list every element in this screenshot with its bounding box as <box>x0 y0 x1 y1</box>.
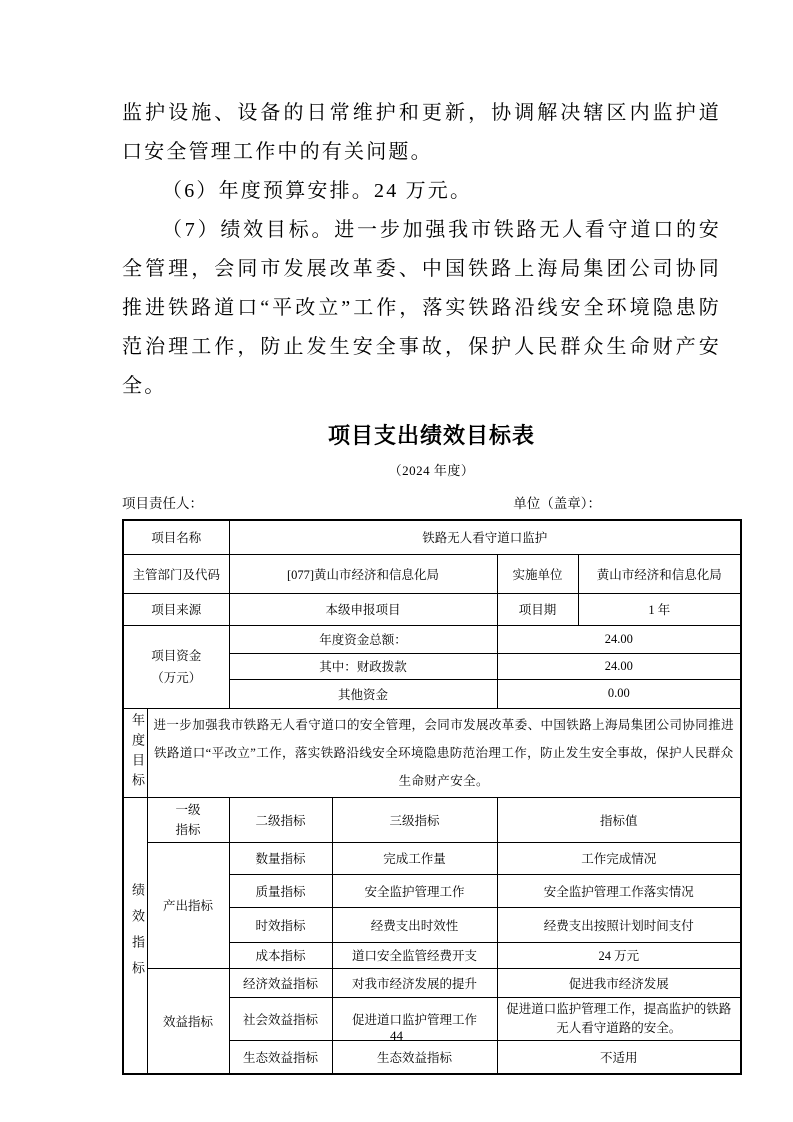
indicator-l2-cell: 成本指标 <box>229 942 332 968</box>
source-cell: 本级申报项目 <box>229 593 497 625</box>
annual-goal-cell: 进一步加强我市铁路无人看守道口的安全管理，会同市发展改革委、中国铁路上海局集团公… <box>147 708 741 797</box>
dept-label-cell: 主管部门及代码 <box>123 554 229 593</box>
indicator-l2-cell: 数量指标 <box>229 842 332 874</box>
paragraph-budget: （6）年度预算安排。24 万元。 <box>122 172 721 211</box>
funds-total-value-cell: 24.00 <box>497 625 741 653</box>
funds-fiscal-label-cell: 其中：财政拨款 <box>229 653 497 679</box>
table-row: 项目来源 本级申报项目 项目期 1 年 <box>123 593 741 625</box>
funds-label: 项目资金（万元） <box>149 645 204 689</box>
table-row: 年度目标 进一步加强我市铁路无人看守道口的安全管理，会同市发展改革委、中国铁路上… <box>123 708 741 797</box>
level2-header-cell: 二级指标 <box>229 797 332 842</box>
table-title: 项目支出绩效目标表 <box>122 419 741 450</box>
indicator-value-cell: 促进我市经济发展 <box>497 968 741 997</box>
funds-fiscal-value-cell: 24.00 <box>497 653 741 679</box>
project-name-label-cell: 项目名称 <box>123 520 229 554</box>
indicator-l3-cell: 道口安全监管经费开支 <box>332 942 497 968</box>
level1-header-cell: 一级指标 <box>147 797 229 842</box>
page-number: 44 <box>0 1028 793 1044</box>
indicator-l2-cell: 质量指标 <box>229 874 332 907</box>
indicator-value-cell: 安全监护管理工作落实情况 <box>497 874 741 907</box>
source-label-cell: 项目来源 <box>123 593 229 625</box>
benefit-group-cell: 效益指标 <box>147 968 229 1074</box>
funds-label-cell: 项目资金（万元） <box>123 625 229 708</box>
table-subtitle: （2024 年度） <box>122 460 741 479</box>
funds-other-label-cell: 其他资金 <box>229 679 497 708</box>
indicator-l3-cell: 对我市经济发展的提升 <box>332 968 497 997</box>
indicator-l2-cell: 时效指标 <box>229 907 332 942</box>
indicator-l3-cell: 完成工作量 <box>332 842 497 874</box>
value-header-cell: 指标值 <box>497 797 741 842</box>
table-row: 项目资金（万元） 年度资金总额： 24.00 <box>123 625 741 653</box>
indicator-l2-cell: 经济效益指标 <box>229 968 332 997</box>
level3-header-cell: 三级指标 <box>332 797 497 842</box>
responsible-person-label: 项目责任人： <box>122 492 203 512</box>
annual-goal-label-cell: 年度目标 <box>123 708 147 797</box>
indicator-l3-cell: 安全监护管理工作 <box>332 874 497 907</box>
annual-goal-label: 年度目标 <box>128 713 147 793</box>
output-group-cell: 产出指标 <box>147 842 229 968</box>
indicator-value-cell: 不适用 <box>497 1040 741 1074</box>
paragraph-performance-goal: （7）绩效目标。进一步加强我市铁路无人看守道口的安全管理，会同市发展改革委、中国… <box>122 211 721 406</box>
funds-other-value-cell: 0.00 <box>497 679 741 708</box>
body-text: 监护设施、设备的日常维护和更新，协调解决辖区内监护道口安全管理工作中的有关问题。… <box>122 94 721 406</box>
impl-unit-cell: 黄山市经济和信息化局 <box>578 554 741 593</box>
indicator-value-cell: 工作完成情况 <box>497 842 741 874</box>
table-row: 效益指标 经济效益指标 对我市经济发展的提升 促进我市经济发展 <box>123 968 741 997</box>
impl-unit-label-cell: 实施单位 <box>497 554 578 593</box>
indicator-value-cell: 24 万元 <box>497 942 741 968</box>
indicator-l2-cell: 生态效益指标 <box>229 1040 332 1074</box>
perf-indicator-label: 绩效指标 <box>128 883 147 987</box>
indicator-l3-cell: 生态效益指标 <box>332 1040 497 1074</box>
table-row: 产出指标 数量指标 完成工作量 工作完成情况 <box>123 842 741 874</box>
performance-target-table: 项目名称 铁路无人看守道口监护 主管部门及代码 [077]黄山市经济和信息化局 … <box>122 519 742 1075</box>
table-row: 绩效指标 一级指标 二级指标 三级指标 指标值 <box>123 797 741 842</box>
document-page: 监护设施、设备的日常维护和更新，协调解决辖区内监护道口安全管理工作中的有关问题。… <box>0 0 793 1122</box>
indicator-l3-cell: 经费支出时效性 <box>332 907 497 942</box>
project-name-cell: 铁路无人看守道口监护 <box>229 520 741 554</box>
unit-seal-label: 单位（盖章）： <box>513 492 741 512</box>
table-row: 项目名称 铁路无人看守道口监护 <box>123 520 741 554</box>
period-label-cell: 项目期 <box>497 593 578 625</box>
page-content: 监护设施、设备的日常维护和更新，协调解决辖区内监护道口安全管理工作中的有关问题。… <box>122 94 741 1075</box>
funds-total-label-cell: 年度资金总额： <box>229 625 497 653</box>
table-meta-labels: 项目责任人： 单位（盖章）： <box>122 492 741 512</box>
period-cell: 1 年 <box>578 593 741 625</box>
paragraph-continuation: 监护设施、设备的日常维护和更新，协调解决辖区内监护道口安全管理工作中的有关问题。 <box>122 94 721 172</box>
dept-cell: [077]黄山市经济和信息化局 <box>229 554 497 593</box>
table-row: 主管部门及代码 [077]黄山市经济和信息化局 实施单位 黄山市经济和信息化局 <box>123 554 741 593</box>
indicator-value-cell: 经费支出按照计划时间支付 <box>497 907 741 942</box>
level1-header: 一级指标 <box>174 800 202 840</box>
